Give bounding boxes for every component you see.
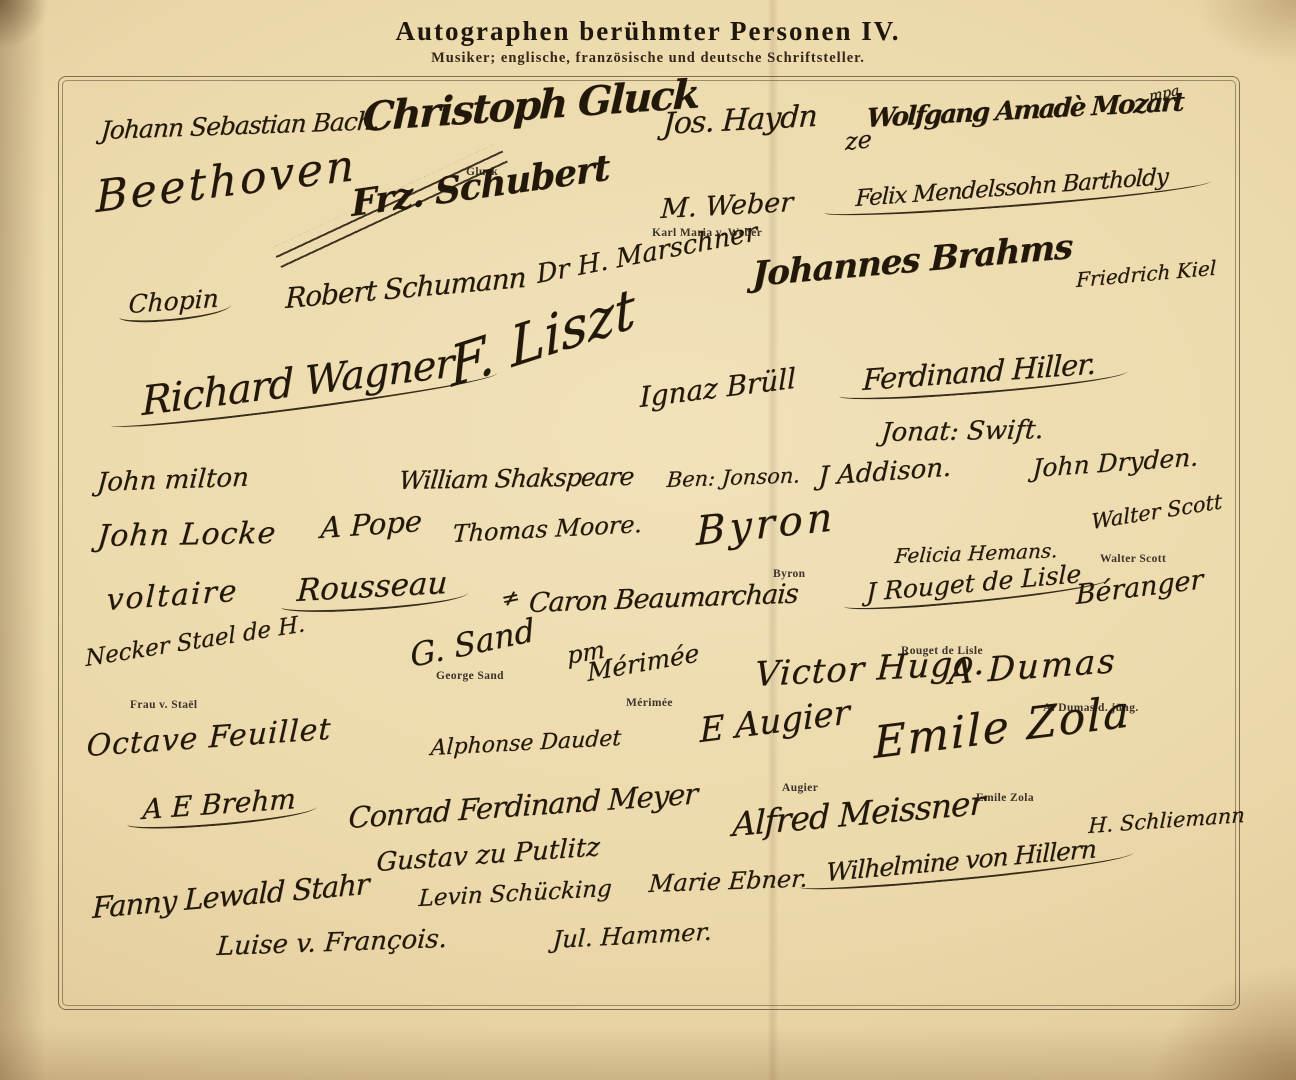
signature-locke: John Locke	[96, 519, 278, 552]
printed-caption-augier: Augier	[782, 782, 818, 794]
signature-hemans: Felicia Hemans.	[894, 540, 1058, 566]
printed-caption-sand: George Sand	[436, 670, 504, 682]
signature-jonson: Ben: Jonson.	[666, 465, 801, 491]
printed-caption-scott: Walter Scott	[1100, 553, 1166, 565]
printed-caption-stael: Frau v. Staël	[130, 699, 198, 711]
page-subtitle: Musiker; englische, französische und deu…	[0, 50, 1296, 67]
page-title: Autographen berühmter Personen IV.	[0, 16, 1296, 47]
signature-shakespeare: William Shakspeare	[398, 464, 635, 493]
signature-milton: John milton	[96, 465, 250, 496]
signature-ebner: Marie Ebner.	[648, 866, 808, 896]
printed-caption-merimee: Mérimée	[626, 697, 673, 709]
printed-caption-zola: Emile Zola	[976, 792, 1034, 804]
signature-rousseau: Rousseau	[296, 568, 448, 609]
signature-swift: Jonat: Swift.	[880, 417, 1045, 446]
signature-chopin: Chopin	[128, 286, 219, 319]
signature-weber: M. Weber	[660, 189, 794, 223]
signature-francois: Luise v. François.	[216, 926, 448, 960]
scanned-plate-page: Autographen berühmter Personen IV. Musik…	[0, 0, 1296, 1080]
signature-voltaire: voltaire	[106, 577, 239, 616]
signature-haydn: Jos. Haydn	[662, 102, 817, 140]
signature-pope: A Pope	[320, 507, 422, 543]
